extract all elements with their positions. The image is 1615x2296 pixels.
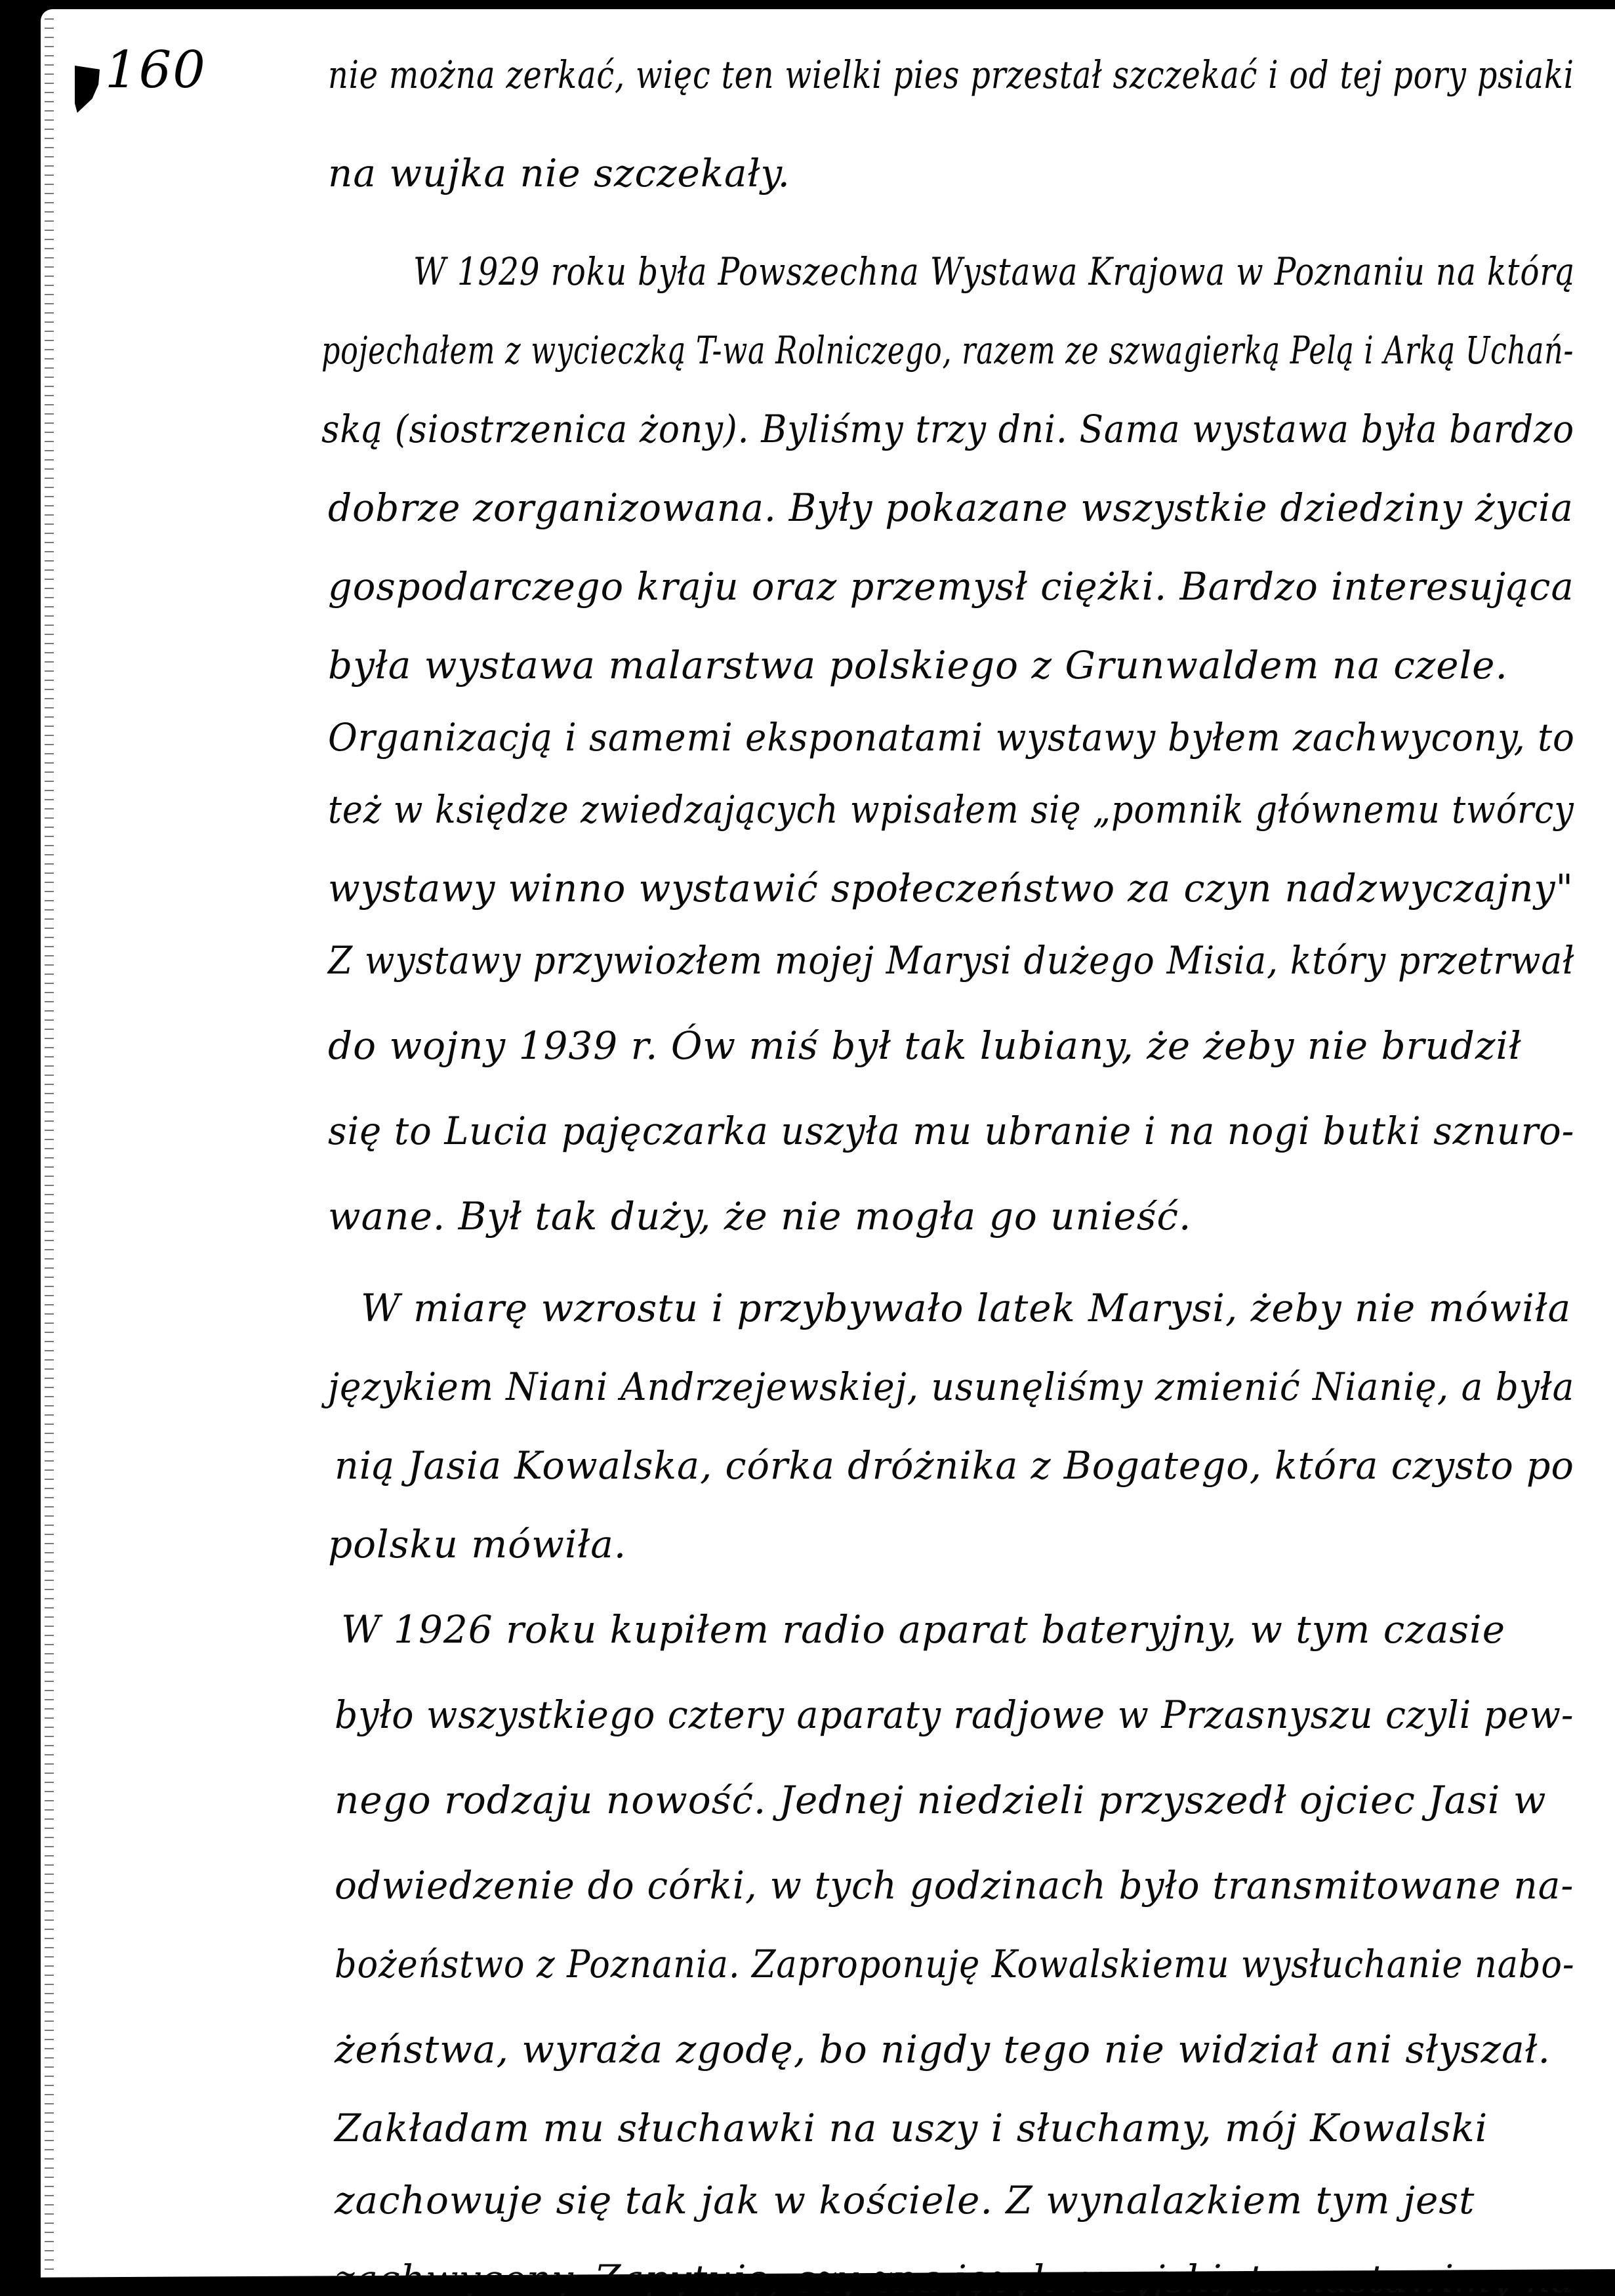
text-line: była wystawa malarstwa polskiego z Grunw… — [328, 643, 1508, 687]
text-line: bożeństwo z Poznania. Zaproponuję Kowals… — [335, 1942, 1575, 1986]
scan-border-top — [0, 0, 1615, 9]
text-line: nią Jasia Kowalska, córka dróżnika z Bog… — [335, 1443, 1574, 1488]
text-line: żeństwa, wyraża zgodę, bo nigdy tego nie… — [335, 2027, 1551, 2072]
text-line: W 1929 roku była Powszechna Wystawa Kraj… — [413, 249, 1575, 294]
text-line: się to Lucia pajęczarka uszyła mu ubrani… — [328, 1109, 1574, 1153]
text-line: zachowuje się tak jak w kościele. Z wyna… — [335, 2178, 1475, 2223]
text-line: odwiedzenie do córki, w tych godzinach b… — [335, 1863, 1574, 1908]
text-line: ską (siostrzenica żony). Byliśmy trzy dn… — [321, 407, 1574, 451]
text-line: Z wystawy przywiozłem mojej Marysi dużeg… — [328, 938, 1574, 983]
text-line: gospodarczego kraju oraz przemysł ciężki… — [328, 564, 1574, 609]
text-line: polsku mówiła. — [328, 1522, 626, 1567]
page-number: 160 — [105, 41, 207, 100]
text-line: W miarę wzrostu i przybywało latek Marys… — [361, 1286, 1571, 1330]
page-edge-binding — [45, 14, 54, 2271]
text-line: na wujka nie szczekały. — [328, 151, 790, 195]
text-line: też w księdze zwiedzających wpisałem się… — [328, 787, 1574, 832]
text-line: Organizacją i samemi eksponatami wystawy… — [328, 715, 1575, 760]
text-line: wystawy winno wystawić społeczeństwo za … — [328, 866, 1574, 911]
scan-border-left — [0, 0, 41, 2296]
text-line: W 1926 roku kupiłem radio aparat bateryj… — [341, 1607, 1505, 1652]
text-line: pojechałem z wycieczką T-wa Rolniczego, … — [321, 328, 1574, 373]
text-line: Zakładam mu słuchawki na uszy i słuchamy… — [335, 2106, 1488, 2150]
text-line: dobrze zorganizowana. Były pokazane wszy… — [328, 485, 1574, 530]
text-line: językiem Niani Andrzejewskiej, usunęliśm… — [328, 1364, 1574, 1409]
text-line: wane. Był tak duży, że nie mogła go unie… — [328, 1194, 1191, 1239]
text-line: nie można zerkać, więc ten wielki pies p… — [328, 52, 1574, 97]
text-line: do wojny 1939 r. Ów miś był tak lubiany,… — [328, 1023, 1522, 1068]
text-line: było wszystkiego cztery aparaty radjowe … — [335, 1692, 1574, 1737]
text-line: nego rodzaju nowość. Jednej niedzieli pr… — [335, 1778, 1547, 1822]
